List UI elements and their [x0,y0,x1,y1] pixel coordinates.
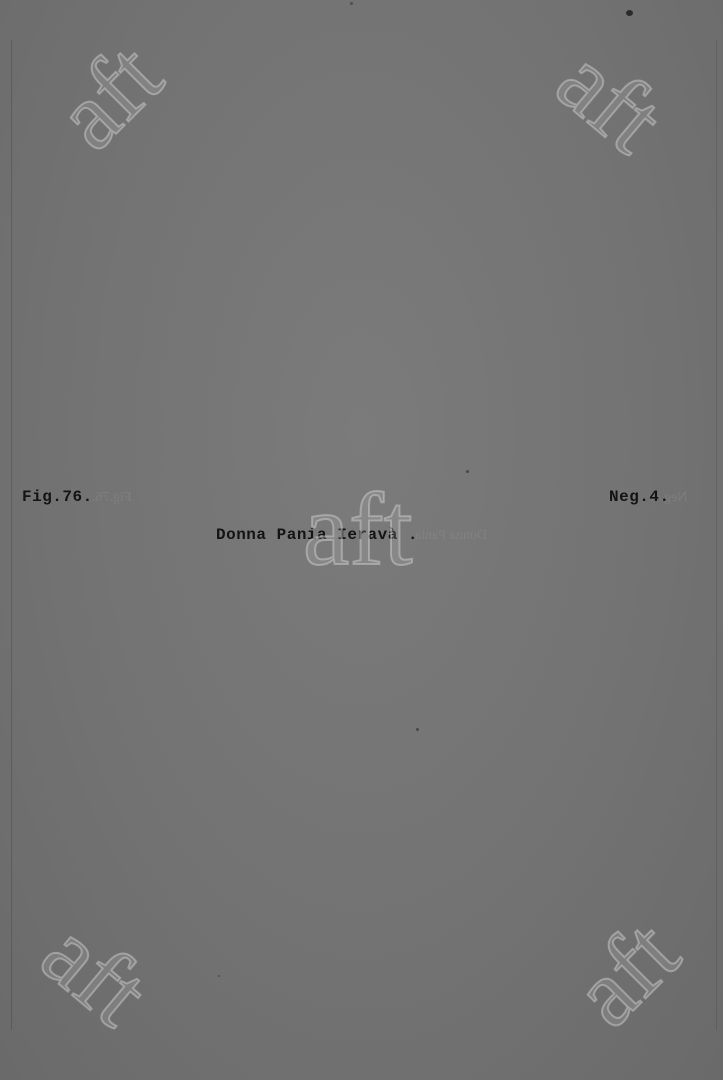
left-card-edge [11,40,12,1030]
watermark-logo: aft [39,26,178,165]
dust-speck [466,470,469,473]
dust-speck [626,10,633,16]
dust-speck [350,2,353,5]
bleed-through-text: Fig.76. [92,490,132,506]
right-card-edge [716,40,717,1030]
figure-number: Fig.76. [22,488,93,506]
watermark-logo: aft [541,31,680,170]
negative-number: Neg.4. [609,488,670,506]
document-card: Fig.76. Neg.4. Donna Pania Fig.76. Neg.4… [0,0,723,1080]
watermark-logo: aft [303,478,413,582]
bleed-through-text: Donna Pania [415,528,487,544]
watermark-logo: aft [26,904,165,1043]
watermark-logo: aft [556,903,695,1042]
dust-speck [416,728,419,731]
dust-speck [218,975,220,977]
